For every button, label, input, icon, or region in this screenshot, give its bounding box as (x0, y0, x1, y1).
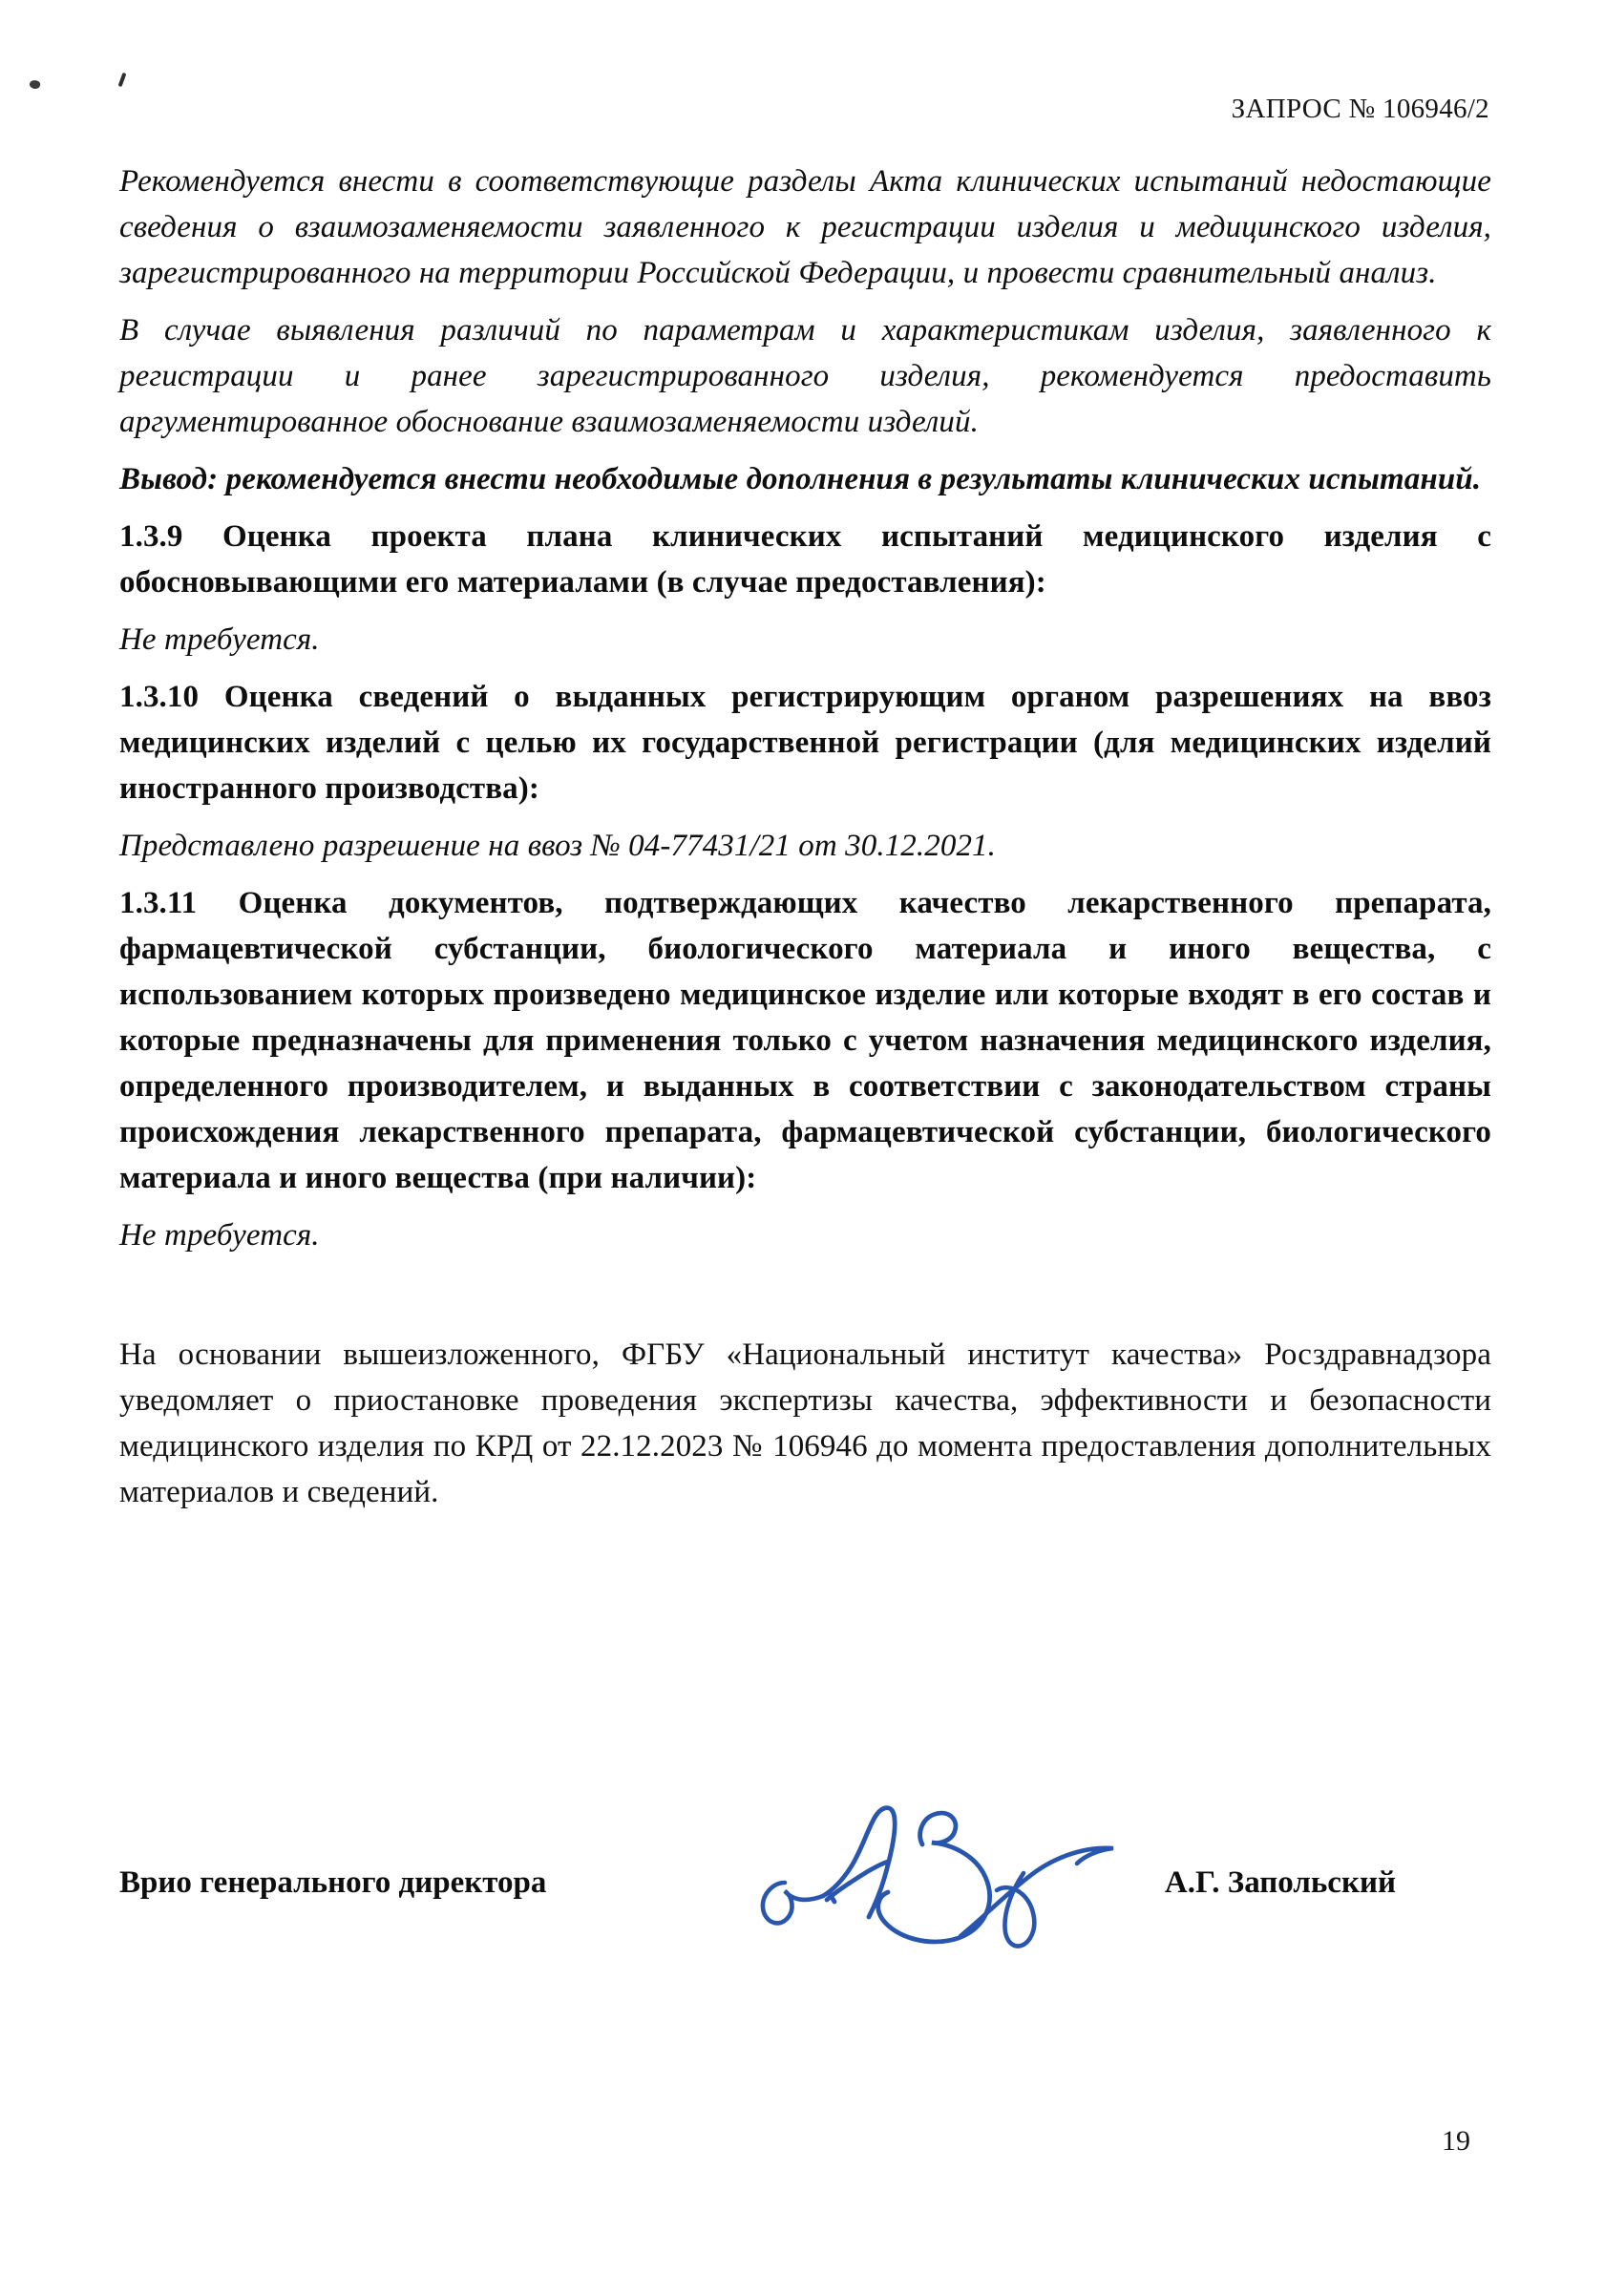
paragraph-recommendation: Рекомендуется внести в соответствующие р… (119, 158, 1491, 296)
scanned-document-page: ЗАПРОС № 106946/2 Рекомендуется внести в… (0, 0, 1604, 2296)
handwritten-signature (735, 1757, 1155, 1986)
signatory-role: Врио генерального директора (119, 1862, 546, 1904)
request-reference: ЗАПРОС № 106946/2 (1232, 94, 1489, 124)
section-1-3-10-heading: 1.3.10 Оценка сведений о выданных регист… (119, 674, 1491, 811)
paragraph-differences: В случае выявления различий по параметра… (119, 307, 1491, 445)
signature-stroke (823, 1808, 895, 1917)
section-1-3-11-answer: Не требуется. (119, 1212, 1491, 1258)
paragraph-suspension-notice: На основании вышеизложенного, ФГБУ «Наци… (119, 1332, 1491, 1515)
signatory-name: А.Г. Запольский (1165, 1862, 1491, 1904)
paragraph-conclusion: Вывод: рекомендуется внести необходимые … (119, 456, 1491, 502)
section-1-3-10-answer: Представлено разрешение на ввоз № 04-774… (119, 823, 1491, 869)
ink-speck (118, 73, 127, 87)
section-1-3-9-heading: 1.3.9 Оценка проекта плана клинических и… (119, 514, 1491, 605)
signature-stroke (960, 1848, 1113, 1947)
page-number: 19 (1442, 2125, 1470, 2158)
section-1-3-11-heading: 1.3.11 Оценка документов, подтверждающих… (119, 880, 1491, 1201)
document-header: ЗАПРОС № 106946/2 (1232, 92, 1489, 126)
document-body: Рекомендуется внести в соответствующие р… (119, 158, 1491, 1527)
section-1-3-9-answer: Не требуется. (119, 617, 1491, 663)
signature-stroke (763, 1883, 823, 1923)
ink-speck (29, 79, 41, 91)
